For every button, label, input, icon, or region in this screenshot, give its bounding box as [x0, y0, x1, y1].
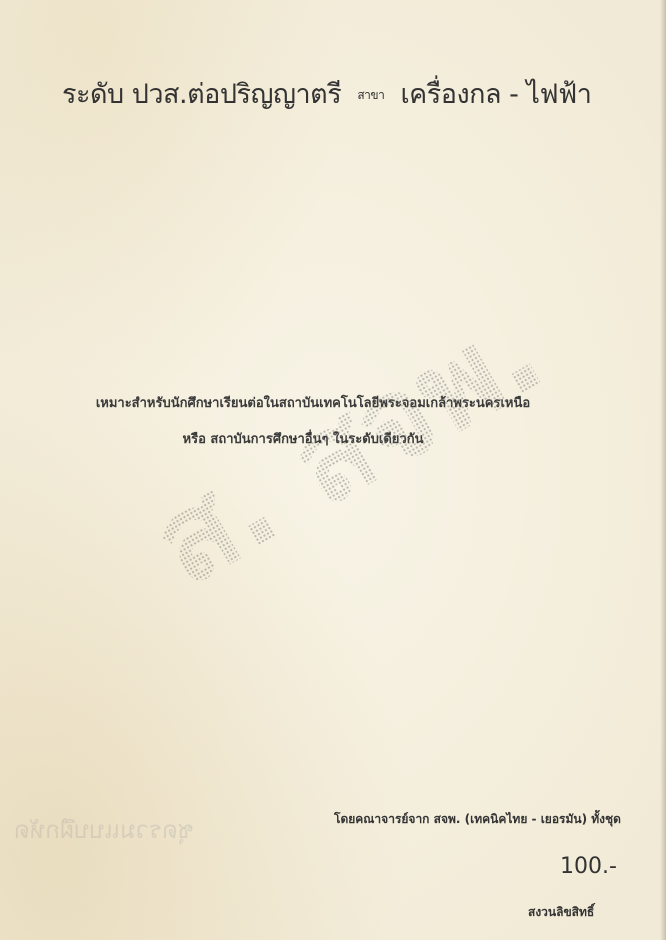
bleed-through-text: ชุดรวมแบบฝึกหัด — [14, 810, 194, 849]
price: 100.- — [560, 854, 617, 879]
title-branch-label: สาขา — [357, 88, 384, 102]
cover-title: ระดับ ปวส.ต่อปริญญาตรี สาขา เครื่องกล - … — [62, 72, 591, 115]
title-branch: เครื่องกล - ไฟฟ้า — [400, 79, 591, 110]
halftone-watermark: ส. สจพ. — [118, 259, 577, 633]
title-level: ระดับ ปวส.ต่อปริญญาตรี — [62, 79, 341, 110]
author-credit: โดยคณาจารย์จาก สจพ. (เทคนิคไทย - เยอรมัน… — [334, 810, 621, 829]
page-edge — [660, 0, 666, 940]
book-cover: ระดับ ปวส.ต่อปริญญาตรี สาขา เครื่องกล - … — [0, 0, 666, 940]
copyright-notice: สงวนลิขสิทธิ์ — [528, 903, 594, 922]
